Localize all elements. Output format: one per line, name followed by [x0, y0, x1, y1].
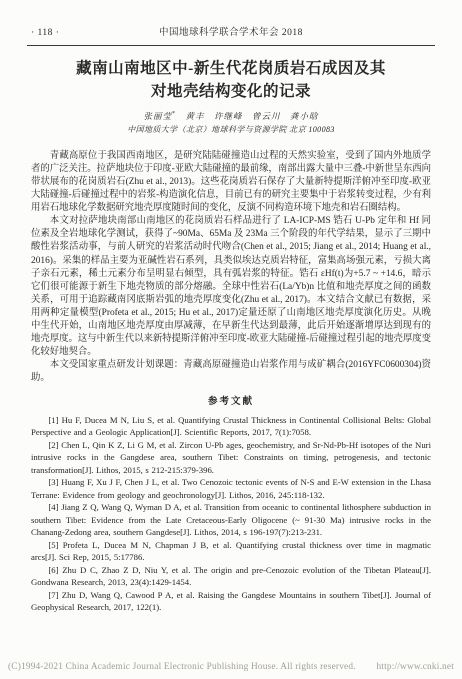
abstract-paragraph: 青藏高原位于我国西南地区，是研究陆陆碰撞造山过程的天然实验室，受到了国内外地质学… [31, 150, 431, 215]
author-others: 黄丰 许继峰 曾云川 龚小晗 [176, 111, 319, 121]
conference-name: 中国地球科学联合学术年会 2018 [31, 26, 431, 41]
title-line-1: 藏南山南地区中-新生代花岗质岩石成因及其 [31, 57, 431, 80]
paper-title: 藏南山南地区中-新生代花岗质岩石成因及其 对地壳结构变化的记录 [31, 57, 431, 103]
references-list: [1] Hu F, Ducea M N, Liu S, et al. Quant… [31, 414, 431, 614]
abstract-paragraph: 本文对拉萨地块南部山南地区的花岗质岩石样品进行了 LA-ICP-MS 锆石 U-… [31, 215, 431, 359]
page-footer: (C)1994-2021 China Academic Journal Elec… [0, 662, 462, 672]
affiliation: 中国地质大学（北京）地球科学与资源学院 北京 100083 [31, 124, 431, 136]
page-number: · 118 · [31, 26, 59, 41]
title-line-2: 对地壳结构变化的记录 [31, 80, 431, 103]
paper-page: · 118 · 中国地球科学联合学术年会 2018 藏南山南地区中-新生代花岗质… [0, 0, 462, 679]
copyright-text: (C)1994-2021 China Academic Journal Elec… [8, 662, 356, 672]
reference-item: [4] Jiang Z Q, Wang Q, Wyman D A, et al.… [31, 501, 431, 539]
reference-item: [2] Chen L, Qin K Z, Li G M, et al. Zirc… [31, 439, 431, 477]
reference-item: [5] Profeta L, Ducea M N, Chapman J B, e… [31, 539, 431, 564]
reference-item: [1] Hu F, Ducea M N, Liu S, et al. Quant… [31, 414, 431, 439]
cnki-url: http://www.cnki.net [376, 662, 454, 672]
page-header: · 118 · 中国地球科学联合学术年会 2018 [31, 26, 431, 41]
author-first: 张丽莹 [143, 111, 172, 121]
authors-line: 张丽莹* 黄丰 许继峰 曾云川 龚小晗 [31, 108, 431, 122]
abstract-body: 青藏高原位于我国西南地区，是研究陆陆碰撞造山过程的天然实验室，受到了国内外地质学… [31, 150, 431, 386]
reference-item: [6] Zhu D C, Zhao Z D, Niu Y, et al. The… [31, 564, 431, 589]
reference-item: [3] Huang F, Xu J F, Chen J L, et al. Tw… [31, 476, 431, 501]
abstract-paragraph: 本文受国家重点研发计划课题：青藏高原碰撞造山岩浆作用与成矿耦合(2016YFC0… [31, 359, 431, 385]
reference-item: [7] Zhu D, Wang Q, Cawood P A, et al. Ra… [31, 589, 431, 614]
references-heading: 参考文献 [31, 395, 431, 409]
header-rule [27, 45, 435, 46]
